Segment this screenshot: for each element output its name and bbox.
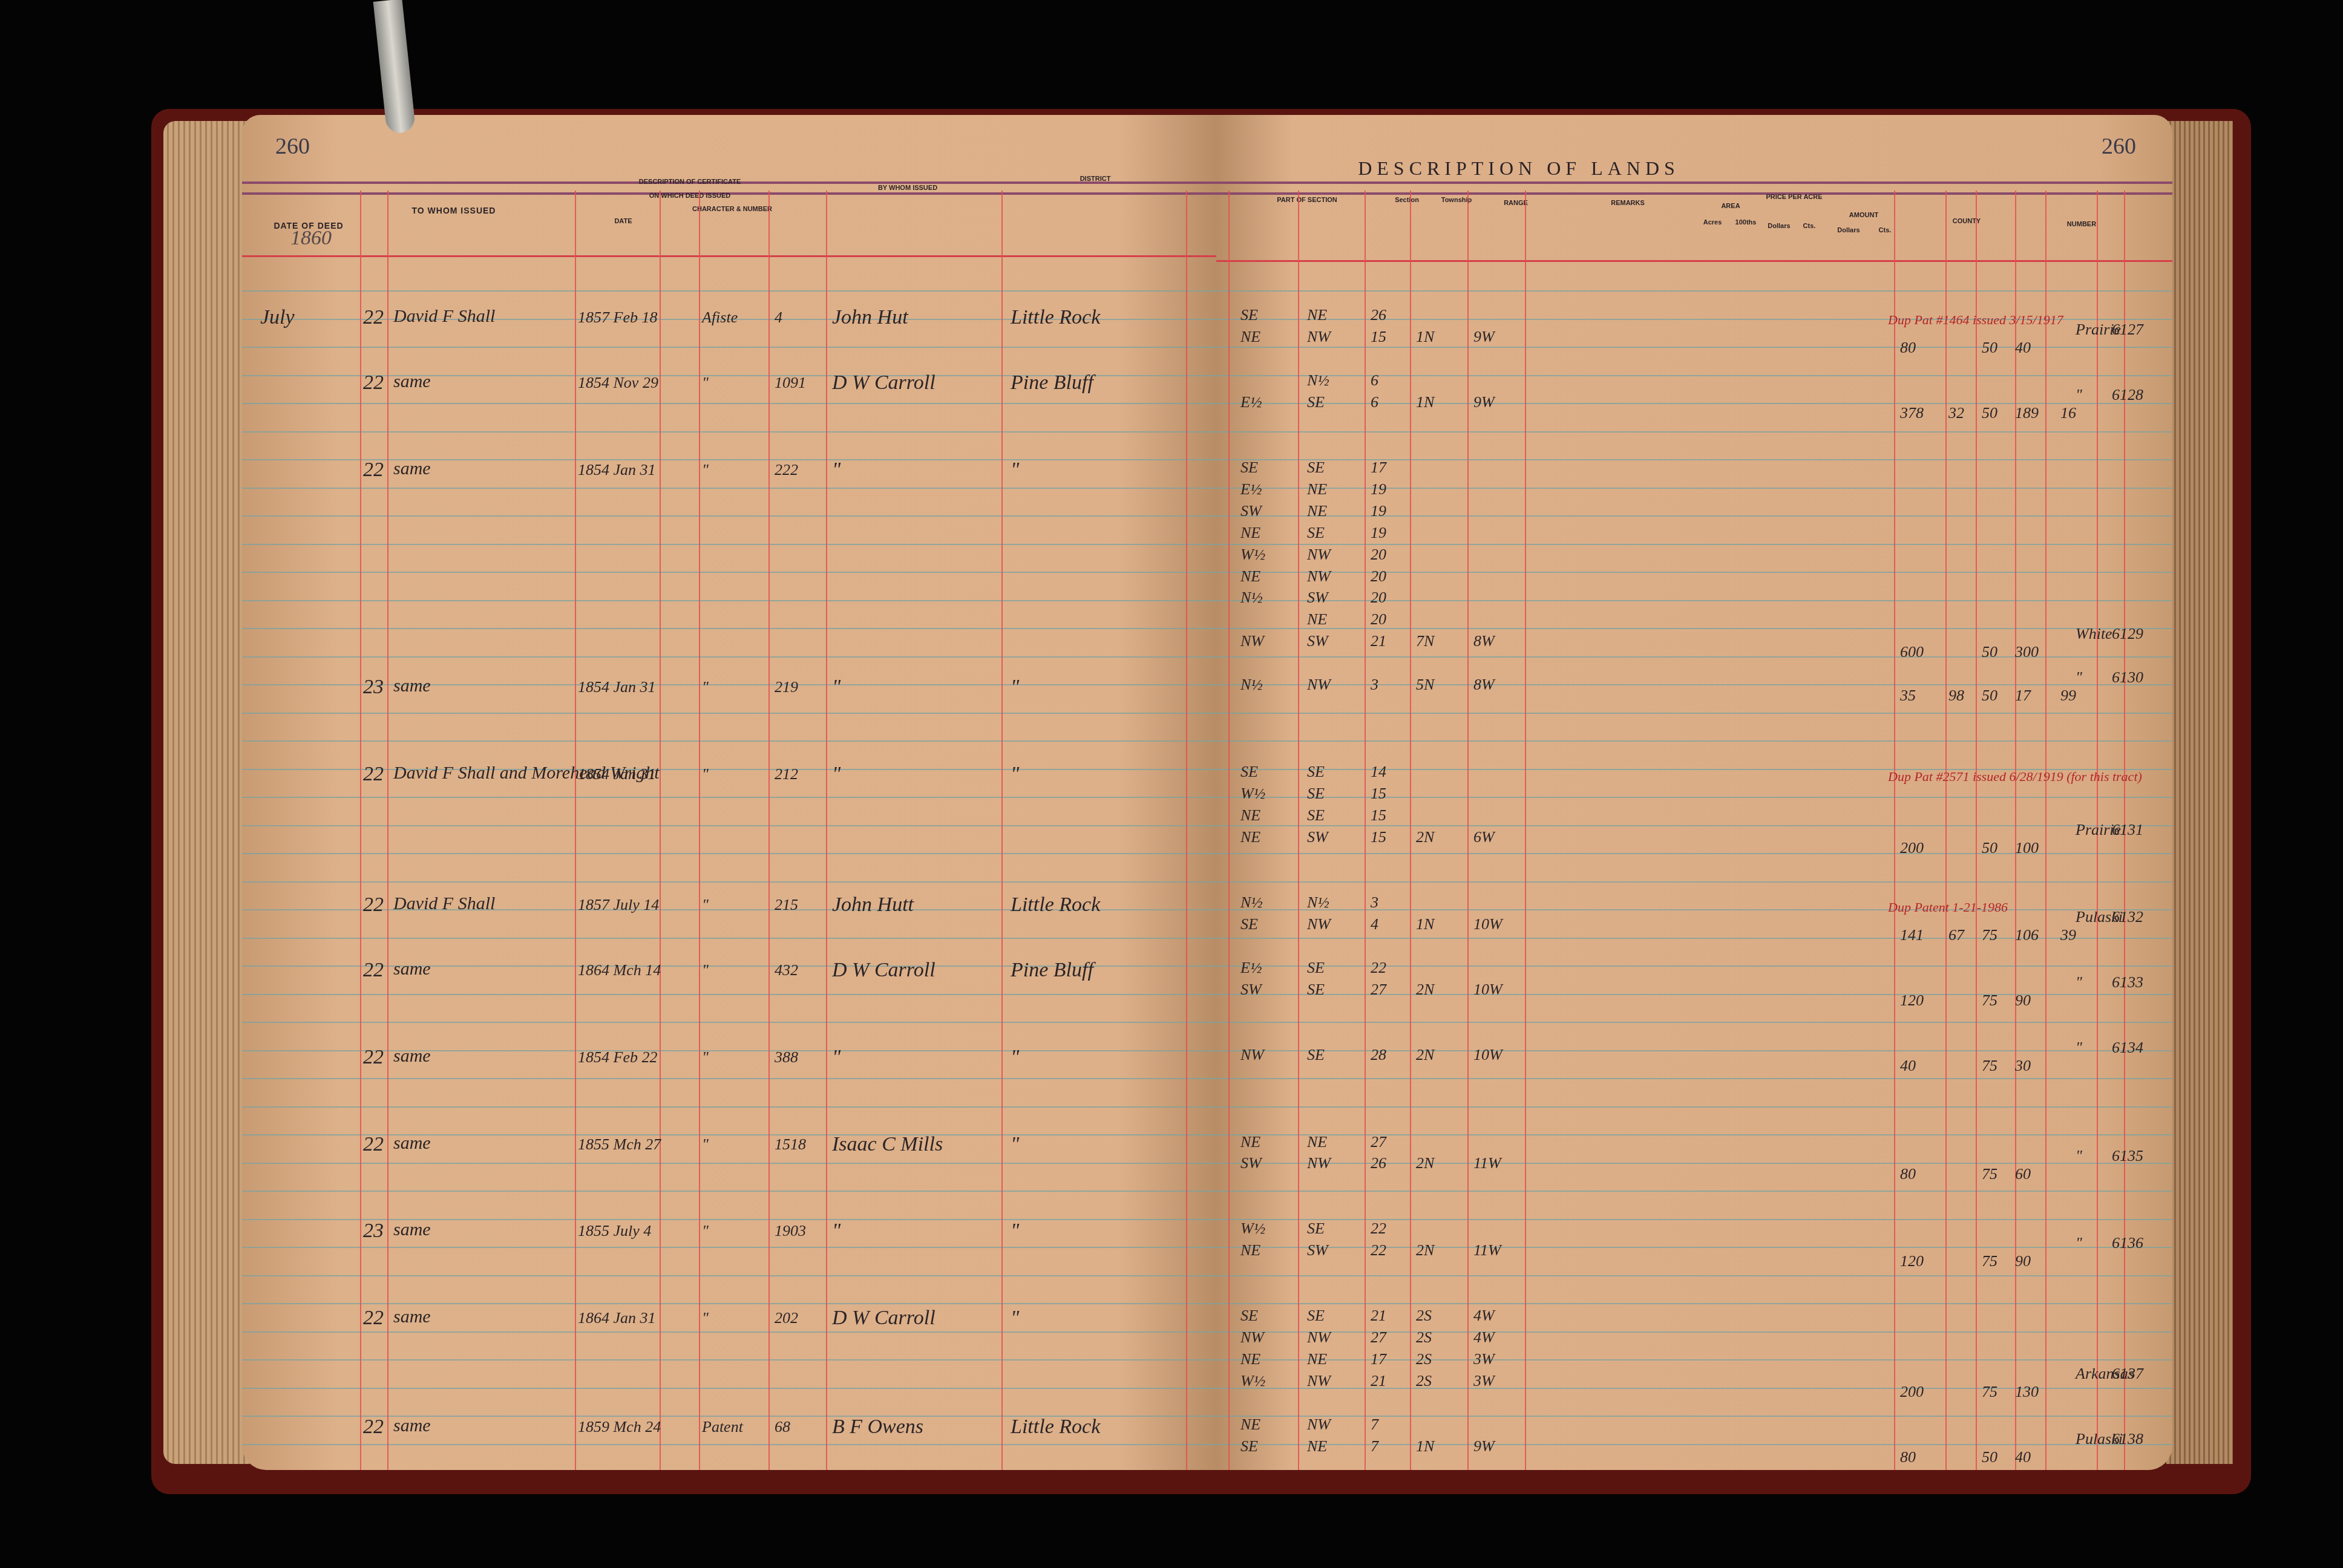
entry-character: Patent — [702, 1418, 743, 1436]
land-township: 1N — [1416, 328, 1434, 346]
entry-number: 6133 — [2112, 973, 2143, 991]
ruled-line — [1216, 290, 2172, 292]
entry-cert-date: 1854 Jan 31 — [578, 678, 656, 696]
entry-county: White — [2076, 625, 2112, 643]
column-rule — [699, 191, 700, 1470]
entry-district: Little Rock — [1011, 1416, 1100, 1439]
entry-district: Pine Bluff — [1011, 959, 1093, 982]
land-part: SE — [1240, 306, 1258, 324]
header-district: DISTRICT — [1011, 175, 1180, 183]
land-part: NE — [1240, 524, 1260, 542]
entry-date-day: 22 — [363, 1046, 384, 1069]
land-township: 2S — [1416, 1372, 1432, 1390]
land-range: 6W — [1473, 828, 1495, 846]
entry-county: " — [2076, 668, 2082, 687]
land-township: 2N — [1416, 1154, 1434, 1172]
entry-amount-dollars: 90 — [2015, 991, 2031, 1010]
ruled-line — [1216, 1022, 2172, 1023]
entry-acres: 35 — [1900, 687, 1916, 705]
entry-cert-date: 1864 Jan 31 — [578, 1309, 656, 1327]
land-quarter: NE — [1307, 1133, 1327, 1151]
entry-by-whom: " — [832, 763, 841, 786]
header-price-cts: Cts. — [1797, 223, 1821, 230]
land-section: 26 — [1371, 306, 1386, 324]
land-range: 3W — [1473, 1350, 1495, 1368]
ruled-line — [1216, 1303, 2172, 1304]
header-part-of-section: PART OF SECTION — [1240, 197, 1374, 204]
land-range: 10W — [1473, 981, 1502, 999]
entry-cert-number: 432 — [775, 961, 798, 979]
land-section: 27 — [1371, 1328, 1386, 1347]
ruled-line — [1216, 431, 2172, 433]
entry-county: " — [2076, 386, 2082, 404]
entry-by-whom: Isaac C Mills — [832, 1133, 943, 1156]
entry-acres: 200 — [1900, 839, 1924, 857]
entry-acres: 200 — [1900, 1383, 1924, 1401]
entry-hundredths: 98 — [1948, 687, 1964, 705]
land-quarter: NE — [1307, 502, 1327, 520]
entry-acres: 80 — [1900, 1448, 1916, 1466]
land-township: 1N — [1416, 915, 1434, 933]
entry-to-whom: same — [393, 1133, 431, 1154]
land-part: W½ — [1240, 1372, 1265, 1390]
column-rule — [1186, 191, 1187, 1470]
land-section: 15 — [1371, 785, 1386, 803]
ruled-line — [1216, 1219, 2172, 1220]
entry-to-whom: same — [393, 676, 431, 696]
header-township: Township — [1429, 197, 1484, 204]
entry-cert-number: 1903 — [775, 1222, 806, 1240]
land-part: SW — [1240, 1154, 1262, 1172]
header-section: Section — [1386, 197, 1428, 204]
entry-character: " — [702, 1309, 709, 1327]
column-rule — [360, 191, 361, 1470]
entry-by-whom: " — [832, 1046, 841, 1069]
entry-by-whom: " — [832, 1220, 841, 1243]
header-hundredths: 100ths — [1731, 219, 1761, 226]
entry-amount-dollars: 189 — [2015, 404, 2039, 422]
entry-amount-dollars: 100 — [2015, 839, 2039, 857]
header-county: COUNTY — [1912, 218, 2021, 225]
ruled-line — [1216, 628, 2172, 629]
entry-to-whom: same — [393, 371, 431, 392]
land-section: 3 — [1371, 676, 1378, 694]
land-part: SE — [1240, 1437, 1258, 1455]
land-quarter: NW — [1307, 567, 1331, 586]
land-quarter: NW — [1307, 915, 1331, 933]
land-quarter: NW — [1307, 1372, 1331, 1390]
entry-acres: 80 — [1900, 1165, 1916, 1183]
land-quarter: NE — [1307, 610, 1327, 629]
ruled-line — [1216, 488, 2172, 489]
entry-character: " — [702, 461, 709, 479]
ruled-line — [1216, 1163, 2172, 1164]
header-to-whom-issued: TO WHOM ISSUED — [363, 206, 545, 215]
header-price-per-acre: PRICE PER ACRE — [1764, 194, 1824, 201]
entry-date-day: 22 — [363, 459, 384, 482]
ruled-line — [1216, 965, 2172, 967]
land-quarter: NW — [1307, 676, 1331, 694]
header-character-number: CHARACTER & NUMBER — [666, 206, 799, 213]
land-section: 27 — [1371, 981, 1386, 999]
column-rule — [1001, 191, 1003, 1470]
land-section: 21 — [1371, 632, 1386, 650]
land-quarter: SW — [1307, 632, 1328, 650]
column-rule — [1894, 191, 1895, 1470]
entry-price-cts: 75 — [1982, 1165, 1997, 1183]
column-rule — [660, 191, 661, 1470]
entry-cert-number: 388 — [775, 1048, 798, 1067]
header-number: NUMBER — [2027, 221, 2136, 228]
entry-cert-number: 222 — [775, 461, 798, 479]
column-rule — [387, 191, 388, 1470]
land-township: 2N — [1416, 828, 1434, 846]
entry-amount-cts: 99 — [2060, 687, 2076, 705]
ruled-line — [1216, 1078, 2172, 1079]
entry-date-day: 23 — [363, 1220, 384, 1243]
year-header: 1860 — [290, 227, 332, 250]
land-township: 1N — [1416, 393, 1434, 411]
entry-cert-date: 1854 Feb 22 — [578, 1048, 657, 1067]
header-certificate-sub: ON WHICH DEED ISSUED — [569, 192, 811, 200]
land-section: 20 — [1371, 610, 1386, 629]
ruled-line — [1216, 797, 2172, 798]
land-section: 14 — [1371, 763, 1386, 781]
entry-amount-dollars: 40 — [2015, 339, 2031, 357]
entry-cert-number: 202 — [775, 1309, 798, 1327]
land-quarter: SW — [1307, 589, 1328, 607]
entry-number: 6130 — [2112, 668, 2143, 687]
land-section: 4 — [1371, 915, 1378, 933]
land-section: 22 — [1371, 959, 1386, 977]
entry-price-cts: 75 — [1982, 1057, 1997, 1075]
land-quarter: SE — [1307, 981, 1325, 999]
entry-number: 6129 — [2112, 625, 2143, 643]
entry-character: " — [702, 765, 709, 783]
entry-acres: 40 — [1900, 1057, 1916, 1075]
header-acres: Acres — [1694, 219, 1731, 226]
ruled-line — [1216, 572, 2172, 573]
land-part: E½ — [1240, 393, 1262, 411]
land-range: 8W — [1473, 632, 1495, 650]
land-section: 6 — [1371, 393, 1378, 411]
entry-cert-date: 1854 Nov 29 — [578, 374, 658, 392]
entry-district: " — [1011, 459, 1019, 482]
land-part: NE — [1240, 1416, 1260, 1434]
land-quarter: N½ — [1307, 371, 1329, 390]
ruled-line — [1216, 1247, 2172, 1248]
ruled-line — [1216, 375, 2172, 376]
entry-cert-date: 1864 Mch 14 — [578, 961, 661, 979]
land-quarter: SE — [1307, 763, 1325, 781]
entry-character: " — [702, 678, 709, 696]
entry-character: " — [702, 1222, 709, 1240]
land-section: 20 — [1371, 567, 1386, 586]
column-rule — [1228, 191, 1230, 1470]
header-remarks: REMARKS — [1567, 200, 1688, 207]
entry-cert-date: 1855 July 4 — [578, 1222, 651, 1240]
entry-number: 6131 — [2112, 821, 2143, 839]
land-quarter: NW — [1307, 1328, 1331, 1347]
land-part: NW — [1240, 1046, 1264, 1064]
entry-amount-cts: 39 — [2060, 926, 2076, 944]
land-quarter: NE — [1307, 306, 1327, 324]
ruled-line — [1216, 459, 2172, 460]
land-section: 7 — [1371, 1437, 1378, 1455]
entry-district: Little Rock — [1011, 893, 1100, 916]
entry-price-cts: 75 — [1982, 1252, 1997, 1270]
land-section: 21 — [1371, 1307, 1386, 1325]
column-rule — [2045, 191, 2046, 1470]
entry-cert-date: 1859 Mch 24 — [578, 1418, 661, 1436]
land-part: NE — [1240, 806, 1260, 825]
entry-cert-number: 68 — [775, 1418, 790, 1436]
entry-district: " — [1011, 676, 1019, 699]
land-range: 10W — [1473, 915, 1502, 933]
entry-by-whom: John Hut — [832, 306, 908, 329]
entry-date-day: 22 — [363, 893, 384, 916]
entry-to-whom: same — [393, 1307, 431, 1327]
entry-amount-dollars: 106 — [2015, 926, 2039, 944]
ruled-line — [1216, 881, 2172, 883]
entry-to-whom: same — [393, 1220, 431, 1240]
land-range: 10W — [1473, 1046, 1502, 1064]
entry-remark: Dup Pat #1464 issued 3/15/1917 — [1888, 312, 2063, 328]
ruled-line — [1216, 909, 2172, 910]
ruled-line — [1216, 1331, 2172, 1333]
page-edges-right — [2166, 121, 2233, 1464]
entry-price-cts: 50 — [1982, 643, 1997, 661]
entry-price-cts: 50 — [1982, 339, 1997, 357]
land-section: 17 — [1371, 1350, 1386, 1368]
entry-number: 6137 — [2112, 1365, 2143, 1383]
land-range: 9W — [1473, 393, 1495, 411]
entry-character: Afiste — [702, 309, 738, 327]
entry-district: Little Rock — [1011, 306, 1100, 329]
land-part: N½ — [1240, 676, 1263, 694]
land-part: SW — [1240, 502, 1262, 520]
land-section: 15 — [1371, 328, 1386, 346]
entry-date-day: 22 — [363, 1416, 384, 1439]
ruled-line — [1216, 1050, 2172, 1051]
land-quarter: NW — [1307, 1154, 1331, 1172]
entry-district: " — [1011, 1307, 1019, 1330]
land-part: NE — [1240, 1133, 1260, 1151]
entry-county: " — [2076, 973, 2082, 991]
entry-cert-date: 1857 July 14 — [578, 896, 659, 914]
entry-price-cts: 75 — [1982, 926, 1997, 944]
entry-date-day: 23 — [363, 676, 384, 699]
entry-cert-date: 1855 Mch 27 — [578, 1135, 661, 1154]
land-quarter: SE — [1307, 959, 1325, 977]
land-quarter: SE — [1307, 393, 1325, 411]
entry-remark: Dup Pat #2571 issued 6/28/1919 (for this… — [1888, 769, 2142, 785]
ruled-line — [1216, 1444, 2172, 1445]
entry-by-whom: " — [832, 459, 841, 482]
entry-price-cts: 75 — [1982, 1383, 1997, 1401]
land-section: 19 — [1371, 524, 1386, 542]
land-range: 3W — [1473, 1372, 1495, 1390]
ruled-line — [1216, 1416, 2172, 1417]
entry-character: " — [702, 961, 709, 979]
entry-character: " — [702, 374, 709, 392]
entry-cert-date: 1854 Jan 31 — [578, 765, 656, 783]
land-township: 7N — [1416, 632, 1434, 650]
entry-to-whom: same — [393, 459, 431, 479]
entry-number: 6135 — [2112, 1147, 2143, 1165]
entry-cert-number: 215 — [775, 896, 798, 914]
land-quarter: SE — [1307, 785, 1325, 803]
land-part: NE — [1240, 1350, 1260, 1368]
entry-by-whom: John Hutt — [832, 893, 914, 916]
entry-acres: 141 — [1900, 926, 1924, 944]
land-section: 7 — [1371, 1416, 1378, 1434]
ruled-line — [1216, 600, 2172, 601]
entry-cert-date: 1854 Jan 31 — [578, 461, 656, 479]
land-part: SE — [1240, 459, 1258, 477]
header-double-rule — [1216, 181, 2172, 195]
land-part: NE — [1240, 1241, 1260, 1259]
entry-price-cts: 50 — [1982, 1448, 1997, 1466]
entry-amount-dollars: 90 — [2015, 1252, 2031, 1270]
entry-date-day: 22 — [363, 371, 384, 394]
right-page: 260 DESCRIPTION OF LANDS PART OF SECTION… — [1216, 115, 2172, 1470]
entry-character: " — [702, 1135, 709, 1154]
land-quarter: SE — [1307, 459, 1325, 477]
entry-amount-dollars: 30 — [2015, 1057, 2031, 1075]
column-rule — [1945, 191, 1947, 1470]
land-part: N½ — [1240, 589, 1263, 607]
entry-district: " — [1011, 1220, 1019, 1243]
entry-date-day: 22 — [363, 306, 384, 329]
entry-amount-dollars: 17 — [2015, 687, 2031, 705]
land-range: 9W — [1473, 1437, 1495, 1455]
header-cert-date: DATE — [587, 218, 660, 225]
ruled-line — [1216, 1106, 2172, 1108]
entry-character: " — [702, 1048, 709, 1067]
land-quarter: NW — [1307, 546, 1331, 564]
column-rule — [575, 191, 576, 1470]
entry-number: 6132 — [2112, 908, 2143, 926]
entry-date-day: 22 — [363, 763, 384, 786]
land-quarter: NE — [1307, 1350, 1327, 1368]
land-range: 9W — [1473, 328, 1495, 346]
land-section: 6 — [1371, 371, 1378, 390]
entry-to-whom: David F Shall — [393, 893, 495, 914]
header-amount-cts: Cts. — [1873, 227, 1897, 234]
entry-date-month: July — [260, 306, 295, 329]
header-bottom-rule — [1216, 260, 2172, 262]
entry-to-whom: same — [393, 959, 431, 979]
entry-acres: 600 — [1900, 643, 1924, 661]
land-part: SE — [1240, 1307, 1258, 1325]
land-section: 27 — [1371, 1133, 1386, 1151]
entry-by-whom: D W Carroll — [832, 371, 936, 394]
entry-number: 6128 — [2112, 386, 2143, 404]
column-rule — [1467, 191, 1469, 1470]
land-section: 3 — [1371, 893, 1378, 912]
page-edges-left — [163, 121, 254, 1464]
land-quarter: NE — [1307, 1437, 1327, 1455]
entry-number: 6134 — [2112, 1039, 2143, 1057]
land-part: W½ — [1240, 546, 1265, 564]
land-range: 11W — [1473, 1241, 1501, 1259]
land-township: 2S — [1416, 1328, 1432, 1347]
ruled-line — [1216, 740, 2172, 742]
ruled-line — [1216, 825, 2172, 826]
land-section: 17 — [1371, 459, 1386, 477]
land-part: NE — [1240, 567, 1260, 586]
entry-amount-dollars: 130 — [2015, 1383, 2039, 1401]
land-part: NW — [1240, 1328, 1264, 1347]
ruled-line — [1216, 1359, 2172, 1361]
land-section: 26 — [1371, 1154, 1386, 1172]
land-quarter: NW — [1307, 1416, 1331, 1434]
land-part: E½ — [1240, 480, 1262, 498]
entry-district: Pine Bluff — [1011, 371, 1093, 394]
ruled-line — [1216, 1275, 2172, 1276]
column-rule — [2015, 191, 2016, 1470]
land-range: 11W — [1473, 1154, 1501, 1172]
entry-price-cts: 50 — [1982, 687, 1997, 705]
entry-district: " — [1011, 1046, 1019, 1069]
header-certificate-group: DESCRIPTION OF CERTIFICATE — [569, 178, 811, 186]
land-quarter: SE — [1307, 1307, 1325, 1325]
land-section: 15 — [1371, 828, 1386, 846]
land-part: SE — [1240, 763, 1258, 781]
land-section: 20 — [1371, 589, 1386, 607]
entry-acres: 120 — [1900, 1252, 1924, 1270]
ruled-line — [1216, 684, 2172, 685]
column-rule — [1365, 191, 1366, 1470]
entry-character: " — [702, 896, 709, 914]
land-quarter: SE — [1307, 1046, 1325, 1064]
column-rule — [1525, 191, 1526, 1470]
land-section: 19 — [1371, 502, 1386, 520]
header-amount-dollars: Dollars — [1827, 227, 1870, 234]
header-price-dollars: Dollars — [1761, 223, 1797, 230]
land-section: 28 — [1371, 1046, 1386, 1064]
land-township: 1N — [1416, 1437, 1434, 1455]
entry-to-whom: David F Shall — [393, 306, 495, 327]
land-part: W½ — [1240, 785, 1265, 803]
land-part: E½ — [1240, 959, 1262, 977]
land-section: 22 — [1371, 1220, 1386, 1238]
entry-to-whom: same — [393, 1416, 431, 1436]
entry-cert-number: 219 — [775, 678, 798, 696]
land-township: 2N — [1416, 981, 1434, 999]
ruled-line — [1216, 515, 2172, 517]
entry-number: 6138 — [2112, 1430, 2143, 1448]
entry-number: 6127 — [2112, 321, 2143, 339]
entry-county: " — [2076, 1039, 2082, 1057]
left-page: 260 DATE OF DEED TO WHOM ISSUED DESCRIPT… — [242, 115, 1216, 1470]
land-part: W½ — [1240, 1220, 1265, 1238]
land-part: NE — [1240, 328, 1260, 346]
entry-cert-number: 1518 — [775, 1135, 806, 1154]
land-quarter: NE — [1307, 480, 1327, 498]
entry-date-day: 22 — [363, 1133, 384, 1156]
entry-acres: 120 — [1900, 991, 1924, 1010]
land-part: N½ — [1240, 893, 1263, 912]
land-range: 8W — [1473, 676, 1495, 694]
column-rule — [1298, 191, 1299, 1470]
land-part: NE — [1240, 828, 1260, 846]
entry-county: " — [2076, 1147, 2082, 1165]
entry-remark: Dup Patent 1-21-1986 — [1888, 900, 2008, 915]
header-amount: AMOUNT — [1827, 212, 1900, 219]
entry-hundredths: 32 — [1948, 404, 1964, 422]
